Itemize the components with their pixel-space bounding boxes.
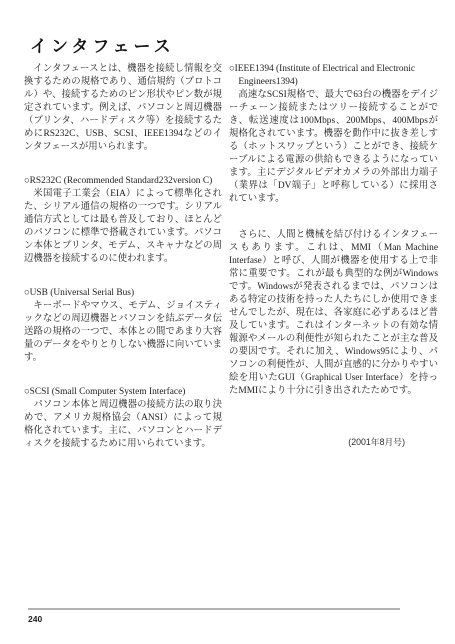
two-column-text: インタフェースとは、機器を接続し情報を交換するための規格であり、通信規約（プロト… <box>24 63 438 451</box>
section-ieee1394: ○IEEE1394 (Institute of Electrical and E… <box>229 63 438 206</box>
section-ieee1394-body: 高速なSCSI規格で、最大で63台の機器をデイジーチェーン接続またはツリー接続す… <box>229 89 438 206</box>
section-scsi: ○SCSI (Small Computer System Interface) … <box>24 386 222 451</box>
page-title: インタフェース <box>30 32 175 57</box>
section-usb: ○USB (Universal Serial Bus) キーボードやマウス、モデ… <box>24 287 222 365</box>
page-number: 240 <box>28 614 42 624</box>
section-usb-heading: ○USB (Universal Serial Bus) <box>24 287 222 300</box>
section-usb-body: キーボードやマウス、モデム、ジョイスティックなどの周辺機器とパソコンを結ぶデータ… <box>24 300 222 365</box>
section-scsi-heading: ○SCSI (Small Computer System Interface) <box>24 386 222 399</box>
section-scsi-body: パソコン本体と周辺機器の接続方法の取り決めで、アメリカ規格協会（ANSI）によっ… <box>24 399 222 451</box>
section-rs232c-body: 米国電子工業会（EIA）によって標準化された、シリアル通信の規格の一つです。シリ… <box>24 188 222 266</box>
document-page: インタフェース インタフェースとは、機器を接続し情報を交換するための規格であり、… <box>0 0 455 644</box>
section-rs232c: ○RS232C (Recommended Standard232version … <box>24 175 222 266</box>
intro-paragraph: インタフェースとは、機器を接続し情報を交換するための規格であり、通信規約（プロト… <box>24 63 222 154</box>
section-rs232c-heading: ○RS232C (Recommended Standard232version … <box>24 175 222 188</box>
left-column: インタフェースとは、機器を接続し情報を交換するための規格であり、通信規約（プロト… <box>24 63 222 451</box>
section-ieee1394-heading: ○IEEE1394 (Institute of Electrical and E… <box>229 63 438 89</box>
issue-date: (2001年8月号) <box>229 436 438 449</box>
right-column: ○IEEE1394 (Institute of Electrical and E… <box>229 63 438 451</box>
footer-rule <box>28 608 400 610</box>
closing-paragraph: さらに、人間と機械を結び付けるインタフェースもあります。これは、MMI（Man … <box>229 229 438 398</box>
